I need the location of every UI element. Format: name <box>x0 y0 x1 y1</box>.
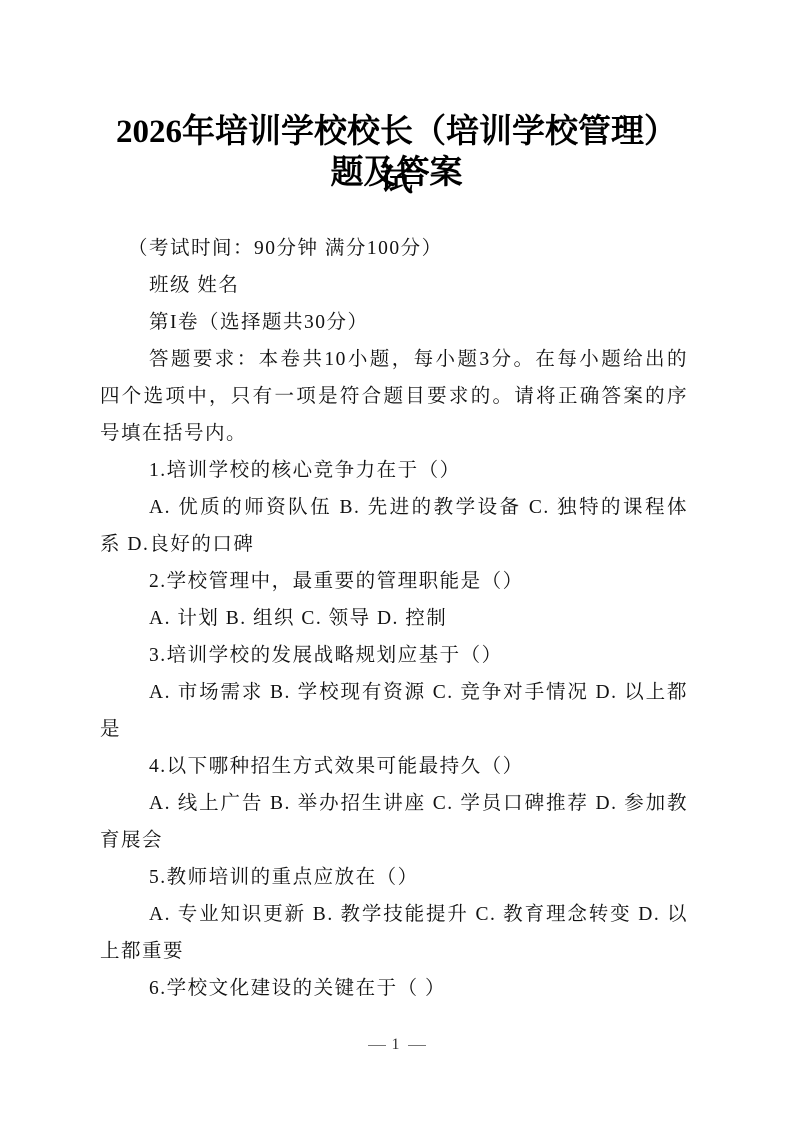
question-1-options: A. 优质的师资队伍 B. 先进的教学设备 C. 独特的课程体 <box>108 489 688 526</box>
question-3-stem: 3.培训学校的发展战略规划应基于（） <box>108 637 688 674</box>
question-4-options: A. 线上广告 B. 举办招生讲座 C. 学员口碑推荐 D. 参加教 <box>108 785 688 822</box>
question-1-stem: 1.培训学校的核心竞争力在于（） <box>108 452 688 489</box>
section-heading: 第I卷（选择题共30分） <box>108 304 688 341</box>
question-2-options: A. 计划 B. 组织 C. 领导 D. 控制 <box>108 600 688 637</box>
page-number: 1 <box>392 1036 402 1053</box>
instructions-line-3: 号填在括号内。 <box>100 415 688 452</box>
document-page: 2026年培训学校校长（培训学校管理）试 题及答案 （考试时间：90分钟 满分1… <box>0 0 793 1122</box>
question-4-stem: 4.以下哪种招生方式效果可能最持久（） <box>108 748 688 785</box>
question-6-stem: 6.学校文化建设的关键在于（ ） <box>108 970 688 1007</box>
footer-dash-right <box>408 1045 426 1046</box>
page-footer: 1 <box>0 1036 793 1054</box>
question-3-options: A. 市场需求 B. 学校现有资源 C. 竞争对手情况 D. 以上都 <box>108 674 688 711</box>
question-2-stem: 2.学校管理中，最重要的管理职能是（） <box>108 563 688 600</box>
instructions-line-1: 答题要求：本卷共10小题，每小题3分。在每小题给出的 <box>108 341 688 378</box>
class-name-line: 班级 姓名 <box>108 267 688 304</box>
question-5-stem: 5.教师培训的重点应放在（） <box>108 859 688 896</box>
document-body: （考试时间：90分钟 满分100分） 班级 姓名 第I卷（选择题共30分） 答题… <box>108 230 688 1007</box>
question-5-options-cont: 上都重要 <box>100 933 688 970</box>
question-1-options-cont: 系 D.良好的口碑 <box>100 526 688 563</box>
instructions-line-2: 四个选项中，只有一项是符合题目要求的。请将正确答案的序 <box>100 378 688 415</box>
footer-dash-left <box>368 1045 386 1046</box>
question-3-options-cont: 是 <box>100 711 688 748</box>
question-5-options: A. 专业知识更新 B. 教学技能提升 C. 教育理念转变 D. 以 <box>108 896 688 933</box>
exam-info: （考试时间：90分钟 满分100分） <box>108 230 688 267</box>
document-title-line-2: 题及答案 <box>100 149 693 197</box>
question-4-options-cont: 育展会 <box>100 822 688 859</box>
